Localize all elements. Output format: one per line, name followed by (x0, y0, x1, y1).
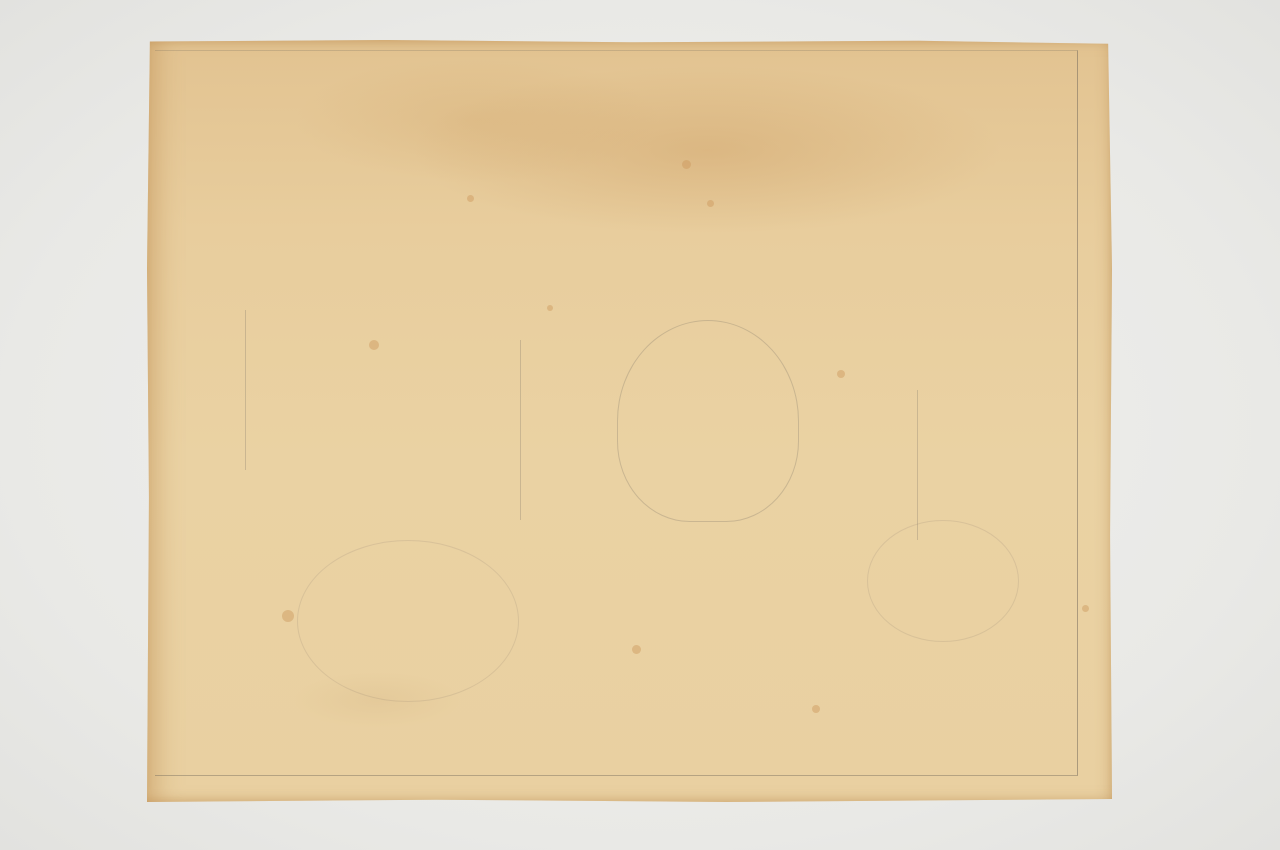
pencil-sketch-line (520, 340, 521, 520)
paper-sheet (147, 40, 1112, 802)
foxing-spot (1082, 605, 1089, 612)
foxing-spot (369, 340, 379, 350)
foxing-spot (682, 160, 691, 169)
pencil-sketch-line (245, 310, 246, 470)
pencil-sketch-curve (297, 540, 519, 702)
foxing-spot (467, 195, 474, 202)
pencil-sketch-curve (867, 520, 1019, 642)
foxing-spot (837, 370, 845, 378)
foxing-spot (282, 610, 294, 622)
foxing-spot (632, 645, 641, 654)
pencil-sketch-line (917, 390, 918, 540)
foxing-spot (707, 200, 714, 207)
foxing-spot (547, 305, 553, 311)
pencil-sketch-curve (617, 320, 799, 522)
foxing-spot (812, 705, 820, 713)
